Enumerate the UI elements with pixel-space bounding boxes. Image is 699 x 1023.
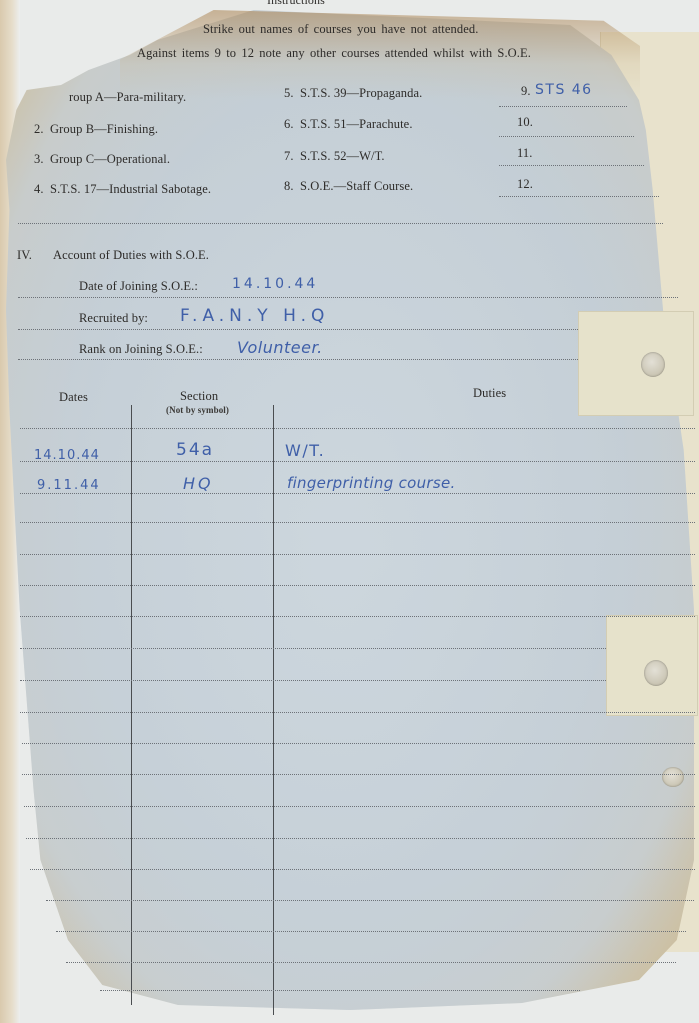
course-item-5: 5. S.T.S. 39—Propaganda. <box>284 86 422 101</box>
table-row-line <box>56 931 686 932</box>
table-row-line <box>20 680 606 681</box>
table-row-line <box>22 743 695 744</box>
other-course-9-value[interactable]: STS 46 <box>535 82 593 98</box>
table-row-line <box>20 522 695 523</box>
row-2-section[interactable]: HQ <box>183 474 214 493</box>
rank-on-joining-line <box>18 359 578 360</box>
table-header-line <box>20 428 695 429</box>
table-row-line <box>66 962 676 963</box>
table-row-line <box>20 493 695 494</box>
cut-off-heading: Instructions <box>267 0 325 8</box>
table-row-line <box>24 806 695 807</box>
other-course-12-num: 12. <box>517 177 533 192</box>
course-item-2: 2. Group B—Finishing. <box>34 122 158 137</box>
section-iv-title: Account of Duties with S.O.E. <box>53 248 209 263</box>
course-item-4: 4. S.T.S. 17—Industrial Sabotage. <box>34 182 211 197</box>
table-row-line <box>20 554 695 555</box>
course-item-7: 7. S.T.S. 52—W/T. <box>284 149 385 164</box>
date-of-joining-line <box>18 297 678 298</box>
other-course-11-line <box>499 165 644 166</box>
table-row-line <box>20 648 606 649</box>
recruited-by-label: Recruited by: <box>79 311 148 326</box>
other-course-12-line <box>499 196 659 197</box>
section-iv-numeral: IV. <box>17 248 32 263</box>
table-row-line <box>22 774 695 775</box>
column-divider-2 <box>273 405 274 1015</box>
table-row-line <box>30 869 695 870</box>
course-item-1: roup A—Para-military. <box>69 90 186 105</box>
course-item-3: 3. Group C—Operational. <box>34 152 170 167</box>
recruited-by-value[interactable]: F.A.N.Y H.Q <box>180 306 329 326</box>
punch-hole-icon <box>644 660 668 686</box>
column-divider-1 <box>131 405 132 1005</box>
table-row-line <box>20 616 695 617</box>
other-course-9-num: 9. <box>521 84 531 99</box>
other-course-11-num: 11. <box>517 146 532 161</box>
instruction-strike-out: Strike out names of courses you have not… <box>203 22 478 37</box>
row-1-section[interactable]: 54a <box>176 440 214 460</box>
table-row-line <box>46 900 694 901</box>
course-item-6: 6. S.T.S. 51—Parachute. <box>284 117 413 132</box>
other-course-10-line <box>499 136 634 137</box>
tab-card-upper <box>578 311 694 416</box>
column-header-section: Section <box>180 389 218 404</box>
instruction-items-9-12: Against items 9 to 12 note any other cou… <box>137 46 531 61</box>
table-row-line <box>20 712 695 713</box>
row-1-date[interactable]: 14.10.44 <box>34 448 100 463</box>
separator-line <box>18 223 663 224</box>
date-of-joining-value[interactable]: 14.10.44 <box>232 276 318 292</box>
rank-on-joining-value[interactable]: Volunteer. <box>237 338 323 357</box>
row-1-duties[interactable]: W/T. <box>285 441 325 460</box>
rank-on-joining-label: Rank on Joining S.O.E.: <box>79 342 203 357</box>
table-row-line <box>20 585 695 586</box>
column-header-dates: Dates <box>59 390 88 405</box>
table-row-line <box>20 461 695 462</box>
row-2-duties[interactable]: fingerprinting course. <box>287 474 456 492</box>
other-course-10-num: 10. <box>517 115 533 130</box>
column-header-duties: Duties <box>473 386 506 401</box>
punch-hole-icon <box>641 352 665 377</box>
row-2-date[interactable]: 9.11.44 <box>37 478 101 493</box>
table-row-line <box>26 838 695 839</box>
date-of-joining-label: Date of Joining S.O.E.: <box>79 279 198 294</box>
table-row-line <box>100 990 580 991</box>
other-course-9-line <box>499 106 627 107</box>
course-item-8: 8. S.O.E.—Staff Course. <box>284 179 413 194</box>
recruited-by-line <box>18 329 578 330</box>
punch-hole-icon <box>662 767 684 787</box>
column-header-section-note: (Not by symbol) <box>166 405 229 415</box>
